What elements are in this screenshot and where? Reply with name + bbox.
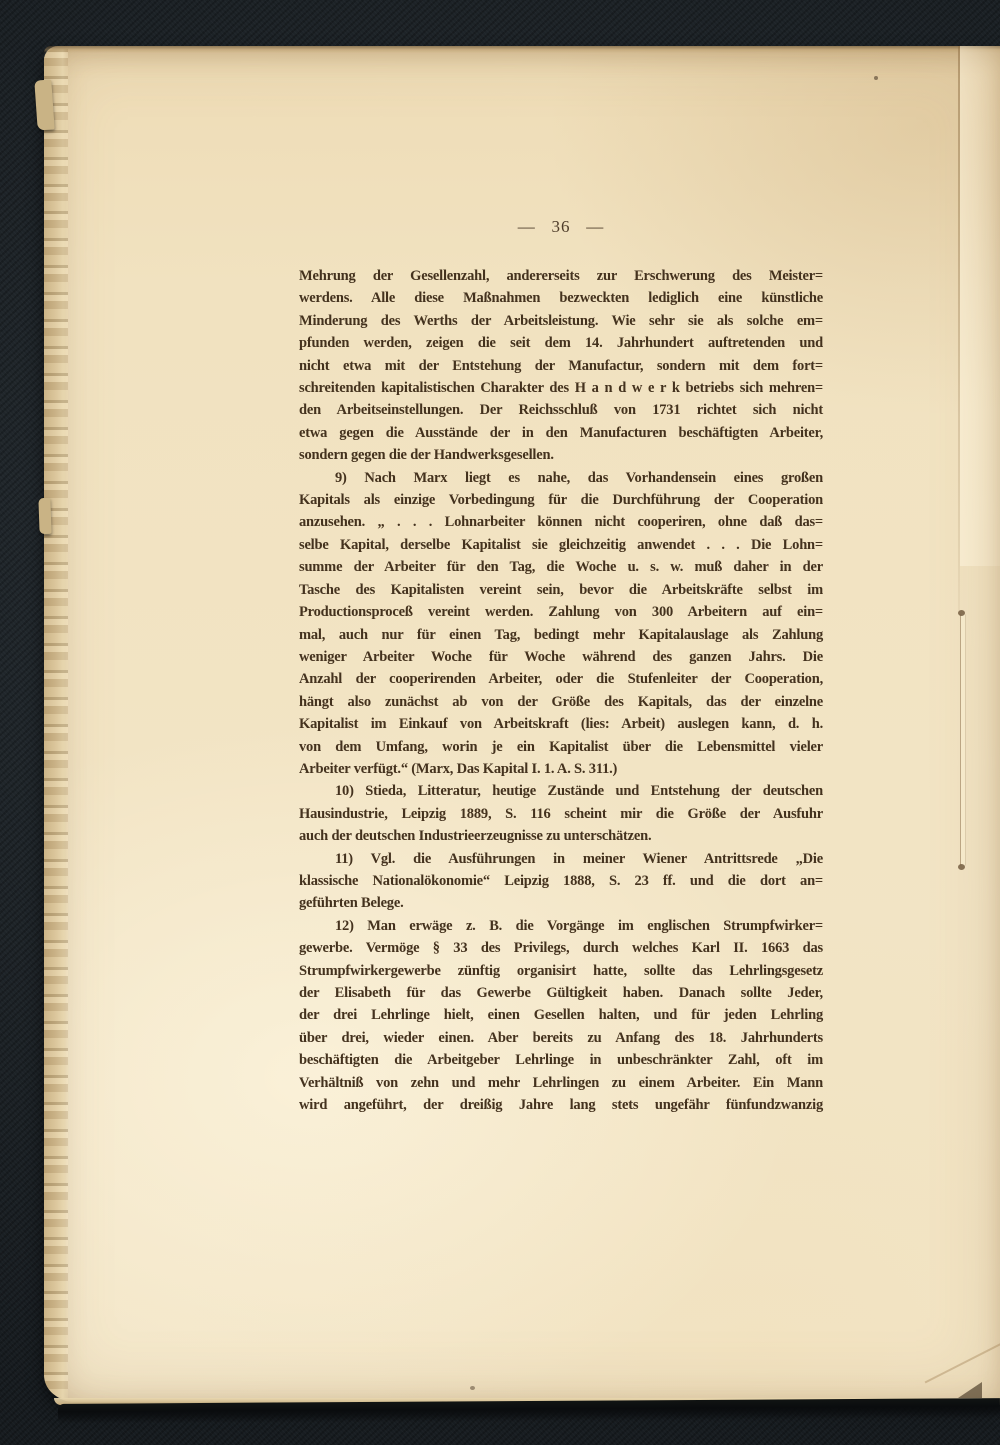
text-line: klassische Nationalökonomie“ Leipzig 188…: [299, 870, 823, 892]
text-line: Hausindustrie, Leipzig 1889, S. 116 sche…: [299, 803, 823, 825]
text-line: weniger Arbeiter Woche für Woche während…: [299, 646, 823, 668]
text-line: mal, auch nur für einen Tag, bedingt meh…: [299, 624, 823, 646]
text-line: hängt also zunächst ab von der Größe des…: [299, 691, 823, 713]
text-line: summe der Arbeiter für den Tag, die Woch…: [299, 556, 823, 578]
paper-speck: [470, 1386, 475, 1390]
page-corner-crease: [925, 1323, 1000, 1384]
paper-speck: [874, 76, 878, 80]
text-line: werdens. Alle diese Maßnahmen bezweckten…: [299, 287, 823, 309]
text-line: auch der deutschen Industrieerzeugnisse …: [299, 825, 823, 847]
page-top-edge: [44, 46, 1000, 53]
text-line: Arbeiter verfügt.“ (Marx, Das Kapital I.…: [299, 758, 823, 780]
page-number: — 36 —: [299, 215, 823, 239]
page-left-deckle-edge: [44, 49, 68, 1399]
text-line: der drei Lehrlinge hielt, einen Gesellen…: [299, 1004, 823, 1026]
text-line: anzusehen. „ . . . Lohnarbeiter können n…: [299, 511, 823, 533]
text-line: gewerbe. Vermöge § 33 des Privilegs, dur…: [299, 937, 823, 959]
text-line: Anzahl der cooperirenden Arbeiter, oder …: [299, 668, 823, 690]
text-line: Tasche des Kapitalisten vereint sein, be…: [299, 579, 823, 601]
text-line: Productionsproceß vereint werden. Zahlun…: [299, 601, 823, 623]
book-page: — 36 — Mehrung der Gesellenzahl, anderer…: [44, 46, 1000, 1402]
text-line: beschäftigten die Arbeitgeber Lehrlinge …: [299, 1049, 823, 1071]
page-edge-tab: [38, 498, 51, 534]
page-edge-tab: [34, 79, 54, 130]
text-line: über drei, wieder einen. Aber bereits zu…: [299, 1027, 823, 1049]
text-line: schreitenden kapitalistischen Charakter …: [299, 377, 823, 399]
text-line: wird angeführt, der dreißig Jahre lang s…: [299, 1094, 823, 1116]
text-line: Strumpfwirkergewerbe zünftig organisirt …: [299, 960, 823, 982]
paper-tear: [960, 614, 966, 866]
text-line: Verhältniß von zehn und mehr Lehrlingen …: [299, 1072, 823, 1094]
text-line: 12) Man erwäge z. B. die Vorgänge im eng…: [299, 915, 823, 937]
page-crease: [958, 46, 960, 611]
text-line: 9) Nach Marx liegt es nahe, das Vorhande…: [299, 467, 823, 489]
text-line: pfunden werden, zeigen die seit dem 14. …: [299, 332, 823, 354]
text-line: sondern gegen die der Handwerksgesellen.: [299, 444, 823, 466]
text-line: 11) Vgl. die Ausführungen in meiner Wien…: [299, 848, 823, 870]
text-line: Kapitalist im Einkauf von Arbeitskraft (…: [299, 713, 823, 735]
text-block: Mehrung der Gesellenzahl, andererseits z…: [299, 265, 823, 1116]
text-line: den Arbeitseinstellungen. Der Reichsschl…: [299, 399, 823, 421]
text-line: Minderung des Werths der Arbeitsleistung…: [299, 310, 823, 332]
text-line: etwa gegen die Ausstände der in den Manu…: [299, 422, 823, 444]
text-line: nicht etwa mit der Entstehung der Manufa…: [299, 355, 823, 377]
text-line: Mehrung der Gesellenzahl, andererseits z…: [299, 265, 823, 287]
photo-background: — 36 — Mehrung der Gesellenzahl, anderer…: [0, 0, 1000, 1445]
text-line: von dem Umfang, worin je ein Kapitalist …: [299, 736, 823, 758]
text-line: 10) Stieda, Litteratur, heutige Zustände…: [299, 780, 823, 802]
text-line: der Elisabeth für das Gewerbe Gültigkeit…: [299, 982, 823, 1004]
page-crease-highlight: [960, 46, 1000, 566]
text-line: geführten Belege.: [299, 892, 823, 914]
text-line: selbe Kapital, derselbe Kapitalist sie g…: [299, 534, 823, 556]
text-line: Kapitals als einzige Vorbedingung für di…: [299, 489, 823, 511]
